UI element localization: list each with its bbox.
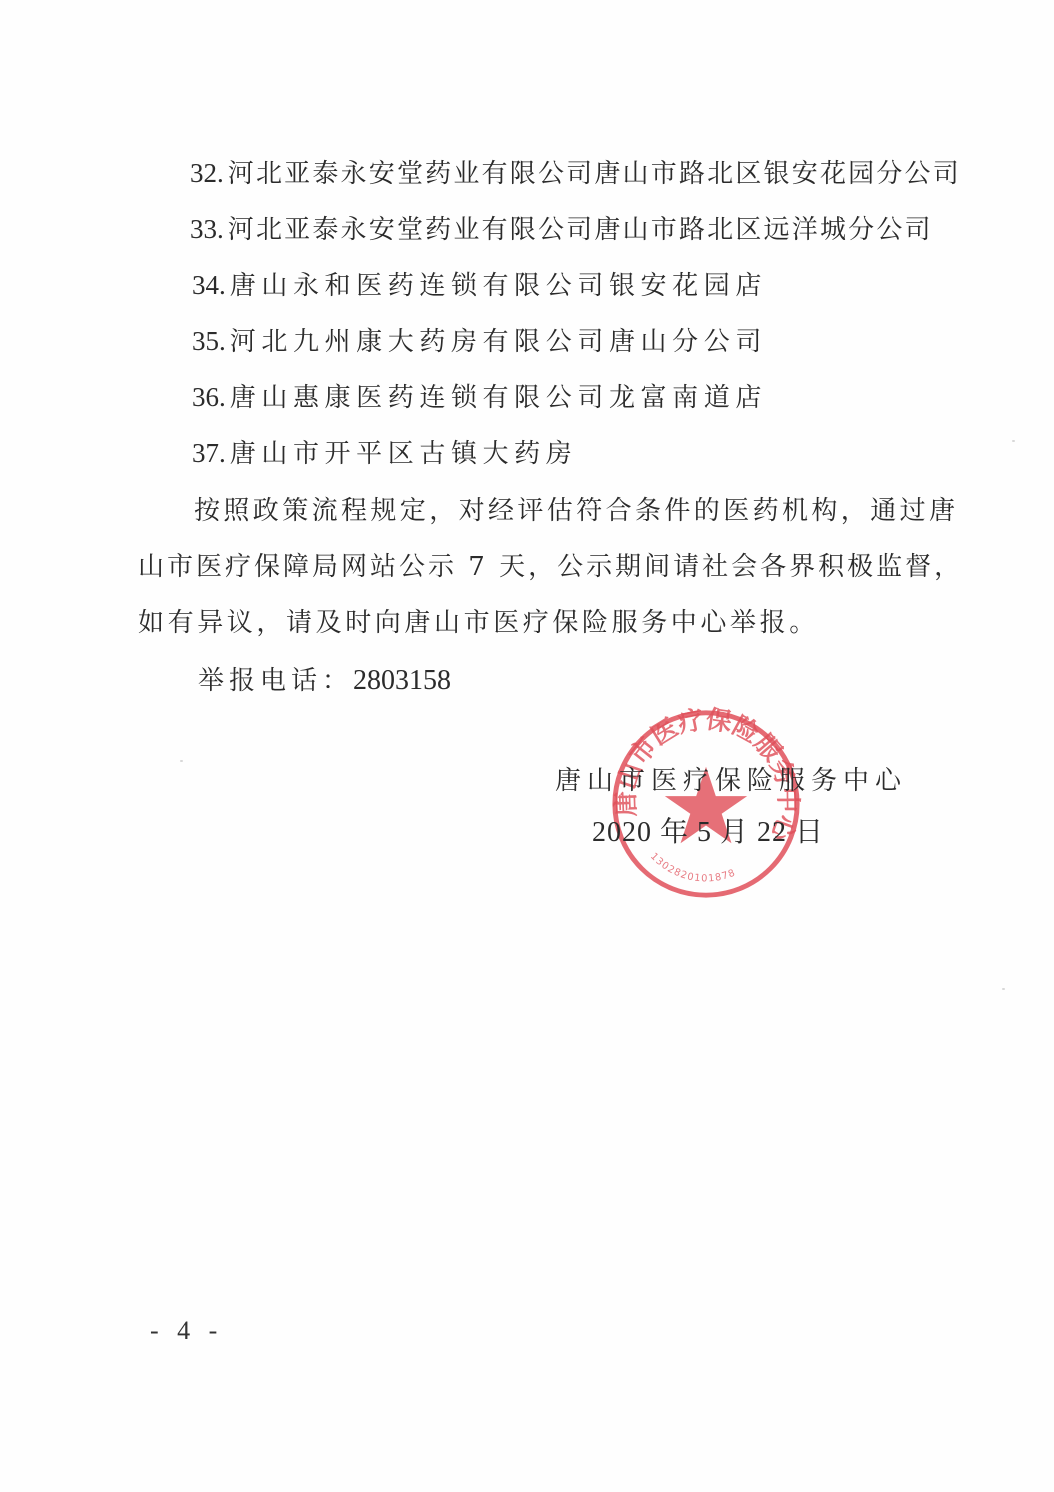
scan-speck bbox=[1012, 440, 1015, 442]
list-item: 32.河北亚泰永安堂药业有限公司唐山市路北区银安花园分公司 bbox=[190, 156, 961, 191]
paragraph-line: 如有异议，请及时向唐山市医疗保险服务中心举报。 bbox=[138, 606, 819, 640]
list-item-text: 河北亚泰永安堂药业有限公司唐山市路北区远洋城分公司 bbox=[228, 215, 933, 245]
signature-date: 2020 年 5 月 22 日 bbox=[592, 816, 824, 850]
signature-organization: 唐山市医疗保险服务中心 bbox=[555, 764, 907, 798]
svg-text:1302820101878: 1302820101878 bbox=[648, 851, 737, 884]
list-item-number: 37. bbox=[192, 438, 226, 468]
list-item-text: 河北九州康大药房有限公司唐山分公司 bbox=[230, 327, 767, 357]
hotline: 举报电话：2803158 bbox=[198, 664, 451, 698]
paragraph-line: 山市医疗保障局网站公示 7 天，公示期间请社会各界积极监督， bbox=[138, 550, 963, 584]
paragraph-line: 按照政策流程规定，对经评估符合条件的医药机构，通过唐 bbox=[194, 494, 958, 528]
list-item: 34.唐山永和医药连锁有限公司银安花园店 bbox=[192, 268, 767, 303]
list-item-number: 34. bbox=[192, 270, 226, 300]
list-item: 36.唐山惠康医药连锁有限公司龙富南道店 bbox=[192, 380, 767, 415]
hotline-number: 2803158 bbox=[353, 665, 451, 696]
list-item-number: 35. bbox=[192, 326, 226, 356]
document-page: 32.河北亚泰永安堂药业有限公司唐山市路北区银安花园分公司 33.河北亚泰永安堂… bbox=[0, 0, 1054, 1492]
list-item: 33.河北亚泰永安堂药业有限公司唐山市路北区远洋城分公司 bbox=[190, 212, 933, 247]
page-number: - 4 - bbox=[150, 1316, 223, 1346]
list-item-number: 32. bbox=[190, 158, 224, 188]
list-item-text: 河北亚泰永安堂药业有限公司唐山市路北区银安花园分公司 bbox=[228, 159, 961, 189]
hotline-label: 举报电话： bbox=[198, 666, 353, 696]
list-item-number: 33. bbox=[190, 214, 224, 244]
list-item-number: 36. bbox=[192, 382, 226, 412]
list-item: 35.河北九州康大药房有限公司唐山分公司 bbox=[192, 324, 767, 359]
scan-speck bbox=[1002, 988, 1005, 990]
official-seal-icon: 唐山市医疗保险服务中心 1302820101878 bbox=[608, 706, 804, 902]
scan-speck bbox=[180, 760, 183, 762]
list-item-text: 唐山市开平区古镇大药房 bbox=[230, 439, 578, 469]
list-item-text: 唐山永和医药连锁有限公司银安花园店 bbox=[230, 271, 767, 301]
list-item-text: 唐山惠康医药连锁有限公司龙富南道店 bbox=[230, 383, 767, 413]
list-item: 37.唐山市开平区古镇大药房 bbox=[192, 436, 577, 471]
